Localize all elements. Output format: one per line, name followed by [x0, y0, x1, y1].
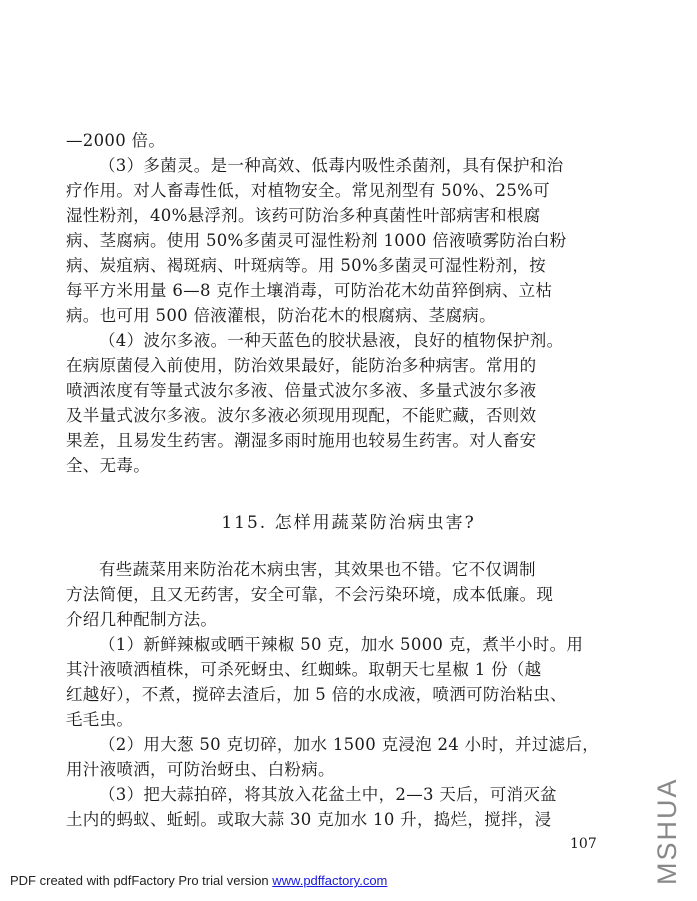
section-heading: 115. 怎样用蔬菜防治病虫害? — [0, 508, 697, 533]
text-line: 喷洒浓度有等量式波尔多液、倍量式波尔多液、多量式波尔多液 — [66, 378, 634, 403]
text-line: 每平方米用量 6—8 克作土壤消毒，可防治花木幼苗猝倒病、立枯 — [66, 278, 634, 303]
text-line: 及半量式波尔多液。波尔多液必须现用现配，不能贮藏，否则效 — [66, 403, 634, 428]
text-line: 介绍几种配制方法。 — [66, 607, 634, 632]
text-line: 在病原菌侵入前使用，防治效果最好，能防治多种病害。常用的 — [66, 353, 634, 378]
watermark: MSHUA — [652, 777, 683, 885]
body-text-bottom: 有些蔬菜用来防治花木病虫害，其效果也不错。它不仅调制方法简便，且又无药害，安全可… — [66, 557, 634, 832]
text-line: 湿性粉剂，40%悬浮剂。该药可防治多种真菌性叶部病害和根腐 — [66, 203, 634, 228]
text-line: 病。也可用 500 倍液灌根，防治花木的根腐病、茎腐病。 — [66, 303, 634, 328]
text-line: 有些蔬菜用来防治花木病虫害，其效果也不错。它不仅调制 — [66, 557, 634, 582]
text-line: （4）波尔多液。一种天蓝色的胶状悬液，良好的植物保护剂。 — [66, 328, 634, 353]
page-number: 107 — [570, 836, 597, 852]
body-text-top: —2000 倍。（3）多菌灵。是一种高效、低毒内吸性杀菌剂，具有保护和治疗作用。… — [66, 128, 634, 478]
pdf-footer: PDF created with pdfFactory Pro trial ve… — [10, 873, 387, 888]
document-page: —2000 倍。（3）多菌灵。是一种高效、低毒内吸性杀菌剂，具有保护和治疗作用。… — [0, 0, 697, 901]
text-line: 红越好），不煮，搅碎去渣后，加 5 倍的水成液，喷洒可防治粘虫、 — [66, 682, 634, 707]
text-line: 全、无毒。 — [66, 453, 634, 478]
text-line: —2000 倍。 — [66, 128, 634, 153]
text-line: 病、炭疽病、褐斑病、叶斑病等。用 50%多菌灵可湿性粉剂，按 — [66, 253, 634, 278]
text-line: 疗作用。对人畜毒性低，对植物安全。常见剂型有 50%、25%可 — [66, 178, 634, 203]
text-line: 方法简便，且又无药害，安全可靠，不会污染环境，成本低廉。现 — [66, 582, 634, 607]
text-line: （3）多菌灵。是一种高效、低毒内吸性杀菌剂，具有保护和治 — [66, 153, 634, 178]
text-line: 病、茎腐病。使用 50%多菌灵可湿性粉剂 1000 倍液喷雾防治白粉 — [66, 228, 634, 253]
text-line: 土内的蚂蚁、蚯蚓。或取大蒜 30 克加水 10 升，捣烂，搅拌，浸 — [66, 807, 634, 832]
text-line: 其汁液喷洒植株，可杀死蚜虫、红蜘蛛。取朝天七星椒 1 份（越 — [66, 657, 634, 682]
footer-text: PDF created with pdfFactory Pro trial ve… — [10, 873, 272, 888]
text-line: （3）把大蒜拍碎，将其放入花盆土中，2—3 天后，可消灭盆 — [66, 782, 634, 807]
text-line: 果差，且易发生药害。潮湿多雨时施用也较易生药害。对人畜安 — [66, 428, 634, 453]
text-line: （2）用大葱 50 克切碎，加水 1500 克浸泡 24 小时，并过滤后， — [66, 732, 634, 757]
text-line: 用汁液喷洒，可防治蚜虫、白粉病。 — [66, 757, 634, 782]
pdffactory-link[interactable]: www.pdffactory.com — [272, 873, 387, 888]
text-line: （1）新鲜辣椒或晒干辣椒 50 克，加水 5000 克，煮半小时。用 — [66, 632, 634, 657]
text-line: 毛毛虫。 — [66, 707, 634, 732]
